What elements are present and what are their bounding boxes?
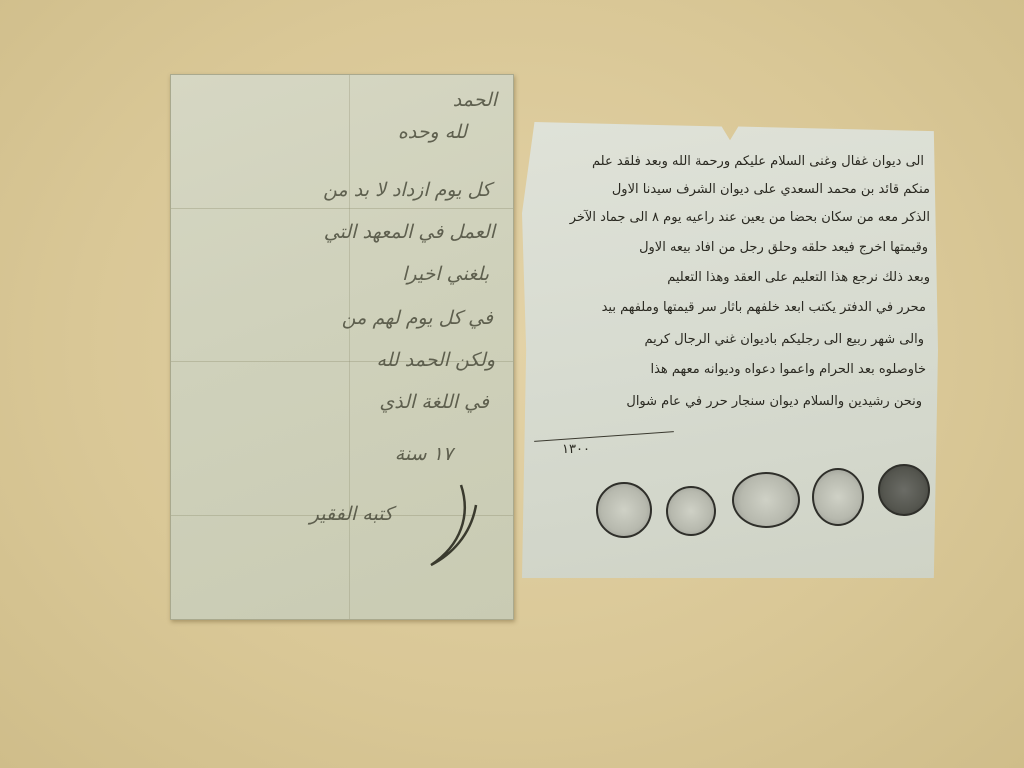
text-line: الى ديوان غفال وغنى السلام عليكم ورحمة ا…: [592, 154, 924, 169]
text-line: وبعد ذلك نرجع هذا التعليم على العقد وهذا…: [667, 270, 930, 285]
fold-line: [171, 208, 513, 209]
text-line: في اللغة الذي: [379, 391, 489, 413]
seal-stamp: [596, 482, 652, 538]
text-line: ونحن رشيدين والسلام ديوان سنجار حرر في ع…: [626, 394, 922, 409]
fold-line: [349, 75, 350, 619]
text-line: خاوصلوه بعد الحرام واعموا دعواه وديوانه …: [650, 362, 926, 377]
seal-stamp: [666, 486, 716, 536]
text-line: العمل في المعهد التي: [324, 221, 495, 243]
text-line: الذكر معه من سكان بحضا من يعين عند راعيه…: [570, 210, 930, 225]
text-line: ١٧ سنة: [395, 443, 453, 465]
underline-stroke: [534, 431, 674, 442]
text-line: محرر في الدفتر يكتب ابعد خلفهم باثار سر …: [602, 300, 926, 315]
seal-stamp: [732, 472, 800, 528]
left-handwritten-document: الحمد لله وحده كل يوم ازداد لا بد من الع…: [170, 74, 514, 620]
text-line: الحمد: [453, 89, 497, 111]
text-line: ولكن الحمد لله: [376, 349, 495, 371]
seal-stamp: [812, 468, 864, 526]
right-handwritten-document: الى ديوان غفال وغنى السلام عليكم ورحمة ا…: [522, 122, 938, 578]
text-line: وقيمتها اخرج فيعد حلقه وحلق رجل من افاد …: [639, 240, 928, 255]
text-line: بلغني اخيرا: [402, 263, 489, 285]
text-line: والى شهر ربيع الى رجليكم باديوان غني الر…: [644, 332, 924, 347]
text-line: منكم قائد بن محمد السعدي على ديوان الشرف…: [612, 182, 930, 197]
text-line: لله وحده: [398, 121, 467, 143]
text-line: في كل يوم لهم من: [342, 307, 493, 329]
seal-stamp: [878, 464, 930, 516]
text-line: كل يوم ازداد لا بد من: [323, 179, 491, 201]
signature-flourish: [421, 475, 501, 575]
text-line: كتبه الفقير: [310, 503, 393, 525]
year-mark: ١٣٠٠: [562, 442, 590, 457]
